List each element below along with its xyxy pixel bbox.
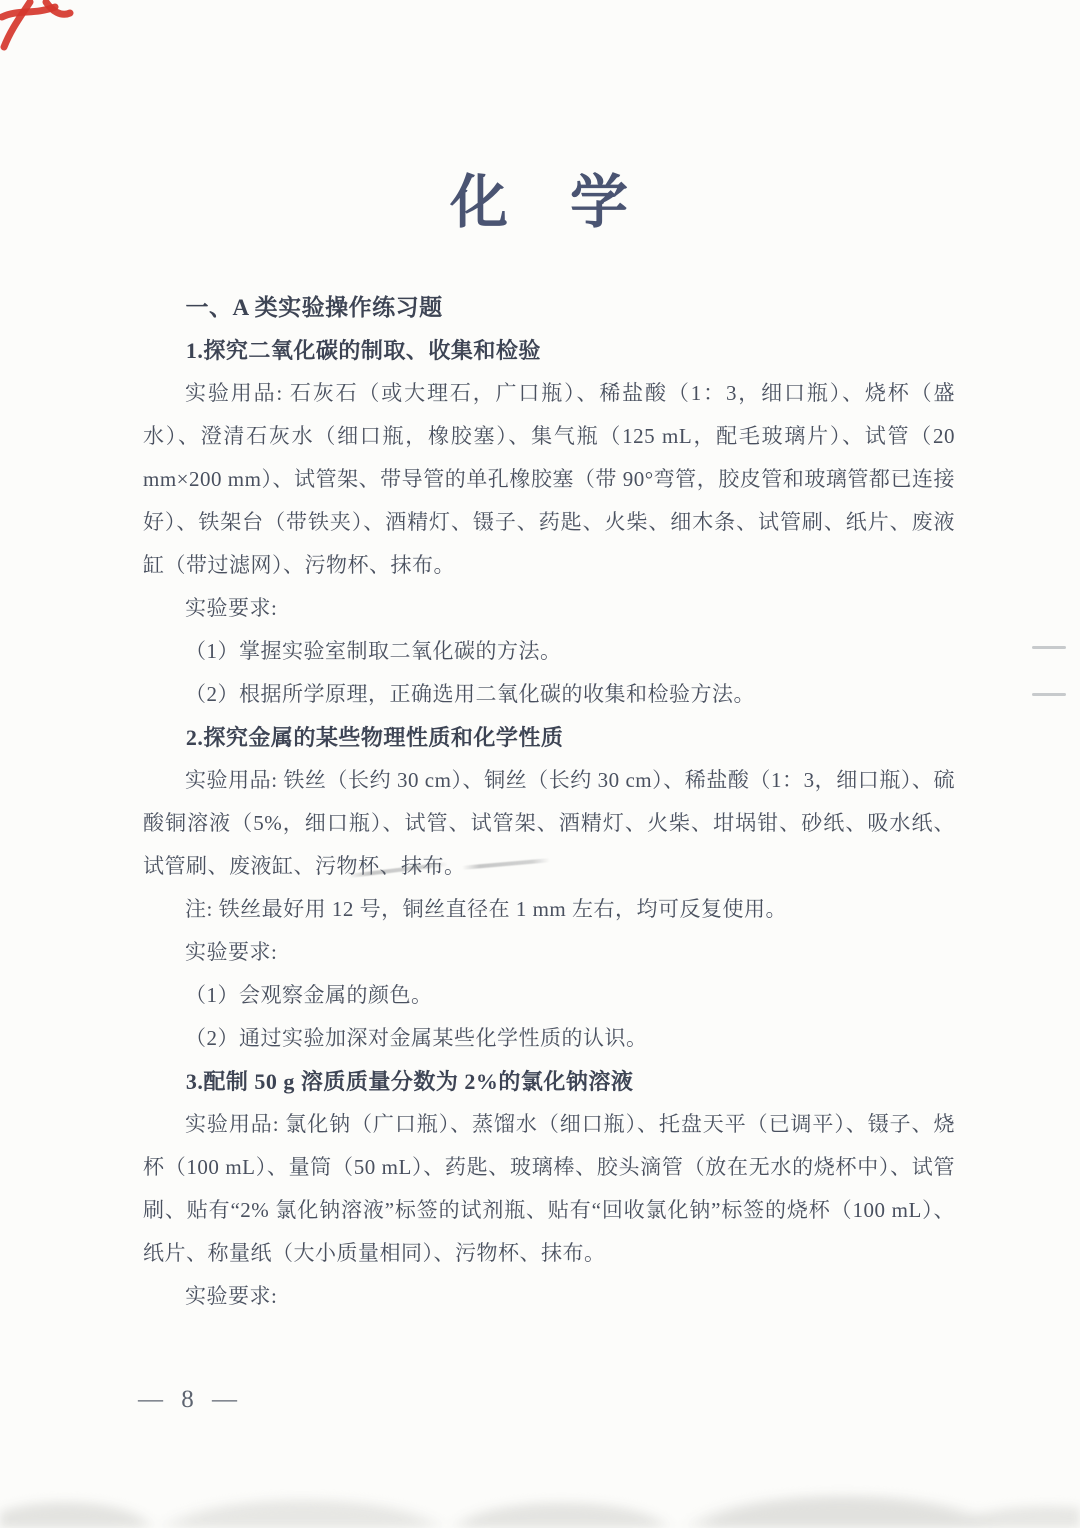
paragraph-requirement-1-2: （2）根据所学原理，正确选用二氧化碳的收集和检验方法。 (143, 673, 955, 716)
item-heading-1: 1.探究二氧化碳的制取、收集和检验 (143, 329, 955, 372)
paragraph-requirement-2-1: （1）会观察金属的颜色。 (143, 974, 955, 1017)
page-title: 化 学 (0, 0, 1080, 238)
paragraph-materials-2: 实验用品: 铁丝（长约 30 cm）、铜丝（长约 30 cm）、稀盐酸（1：3，… (143, 759, 955, 888)
document-body: 一、A 类实验操作练习题 1.探究二氧化碳的制取、收集和检验 实验用品: 石灰石… (143, 286, 955, 1318)
document-page: 化 学 一、A 类实验操作练习题 1.探究二氧化碳的制取、收集和检验 实验用品:… (0, 0, 1080, 1528)
paragraph-requirements-label-2: 实验要求: (143, 931, 955, 974)
paragraph-note-2: 注: 铁丝最好用 12 号，铜丝直径在 1 mm 左右，均可反复使用。 (143, 888, 955, 931)
page-number: — 8 — (138, 1386, 243, 1414)
paragraph-materials-3: 实验用品: 氯化钠（广口瓶）、蒸馏水（细口瓶）、托盘天平（已调平）、镊子、烧杯（… (143, 1103, 955, 1275)
margin-dash-mark (1032, 646, 1066, 649)
scan-artifact-band (0, 1456, 1080, 1528)
paragraph-requirement-1-1: （1）掌握实验室制取二氧化碳的方法。 (143, 630, 955, 673)
paragraph-requirements-label-3: 实验要求: (143, 1275, 955, 1318)
paragraph-materials-1: 实验用品: 石灰石（或大理石，广口瓶）、稀盐酸（1：3，细口瓶）、烧杯（盛水）、… (143, 372, 955, 587)
section-heading-a: 一、A 类实验操作练习题 (143, 286, 955, 329)
margin-dash-mark (1032, 693, 1066, 696)
item-heading-2: 2.探究金属的某些物理性质和化学性质 (143, 716, 955, 759)
paragraph-requirement-2-2: （2）通过实验加深对金属某些化学性质的认识。 (143, 1017, 955, 1060)
paragraph-requirements-label-1: 实验要求: (143, 587, 955, 630)
item-heading-3: 3.配制 50 g 溶质质量分数为 2%的氯化钠溶液 (143, 1060, 955, 1103)
